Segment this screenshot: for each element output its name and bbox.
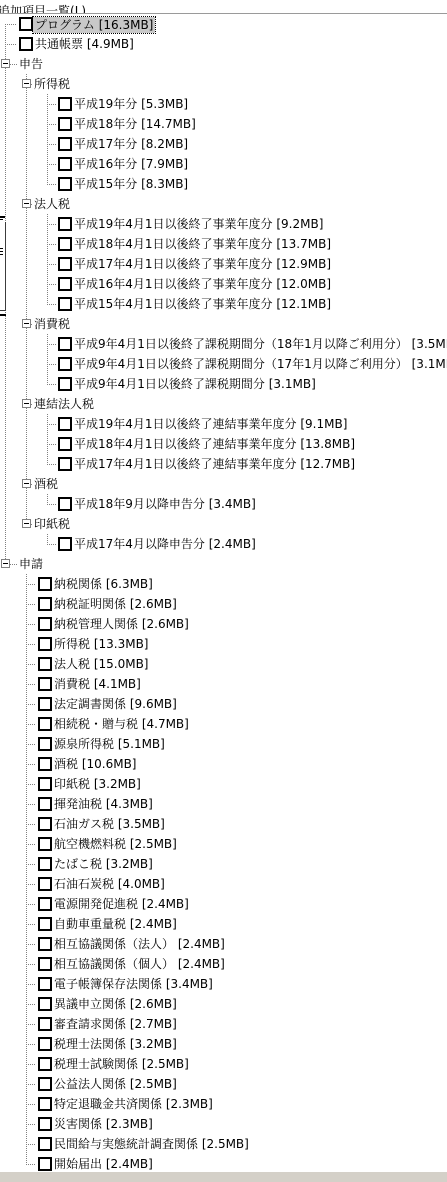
tree-guide-line: [5, 354, 6, 374]
item-checkbox[interactable]: [38, 737, 52, 751]
tree-item-label[interactable]: 源泉所得税 [5.1MB]: [54, 734, 165, 754]
item-checkbox[interactable]: [38, 757, 52, 771]
tree-guide-line: [5, 194, 6, 214]
tree-guide-line: [5, 24, 6, 34]
tree-item-label[interactable]: 印紙税: [34, 514, 70, 534]
collapse-icon[interactable]: [22, 399, 31, 408]
tree-item-label[interactable]: 審査請求関係 [2.7MB]: [54, 1014, 177, 1034]
tree-guide-line: [5, 74, 6, 94]
tree-item-label[interactable]: 所得税: [34, 74, 70, 94]
tree-item-label[interactable]: 納税関係 [6.3MB]: [54, 574, 153, 594]
tree-guide-line: [26, 764, 36, 765]
tree-item-label[interactable]: 申請: [19, 554, 43, 574]
tree-item-label[interactable]: 電源開発促進税 [2.4MB]: [54, 894, 189, 914]
tree-item-label[interactable]: 共通帳票 [4.9MB]: [35, 34, 134, 54]
minus-glyph: [24, 523, 29, 524]
tree-item-label[interactable]: 相互協議関係（個人） [2.4MB]: [54, 954, 225, 974]
tree-guide-line: [31, 324, 32, 325]
tree-item-label[interactable]: 平成18年4月1日以後終了事業年度分 [13.7MB]: [74, 234, 331, 254]
collapse-icon[interactable]: [22, 319, 31, 328]
tree-guide-line: [26, 254, 27, 274]
tree-item-label[interactable]: 平成17年4月以降申告分 [2.4MB]: [74, 534, 256, 554]
tree-guide-line: [5, 514, 6, 534]
tree-guide-line: [31, 524, 32, 525]
tree-item-label[interactable]: 納税証明関係 [2.6MB]: [54, 594, 177, 614]
item-checkbox[interactable]: [38, 677, 52, 691]
tree-guide-line: [26, 234, 27, 254]
item-checkbox[interactable]: [38, 697, 52, 711]
tree-guide-line: [26, 494, 27, 514]
tree-guide-line: [5, 114, 6, 134]
tree-item-label[interactable]: 平成18年4月1日以後終了連結事業年度分 [13.8MB]: [74, 434, 355, 454]
tree-guide-line: [5, 134, 6, 154]
tree-guide-line: [5, 494, 6, 514]
tree-item-label[interactable]: 航空機燃料税 [2.5MB]: [54, 834, 177, 854]
item-checkbox[interactable]: [58, 217, 72, 231]
item-checkbox[interactable]: [38, 597, 52, 611]
item-checkbox[interactable]: [38, 897, 52, 911]
clipped-fragment-mark: [0, 314, 6, 316]
item-checkbox[interactable]: [38, 657, 52, 671]
tree-item-label[interactable]: 平成17年分 [8.2MB]: [74, 134, 188, 154]
tree-item-label[interactable]: 税理士法関係 [3.2MB]: [54, 1034, 177, 1054]
item-checkbox[interactable]: [38, 1117, 52, 1131]
tree-guide-line: [26, 664, 36, 665]
collapse-icon[interactable]: [22, 519, 31, 528]
item-checkbox[interactable]: [58, 537, 72, 551]
tree-item-label[interactable]: 申告: [19, 54, 43, 74]
tree-guide-line: [26, 744, 36, 745]
minus-glyph: [24, 83, 29, 84]
tree-guide-line: [26, 584, 36, 585]
tree-item-label[interactable]: 法人税 [15.0MB]: [54, 654, 148, 674]
item-checkbox[interactable]: [38, 957, 52, 971]
tree-guide-line: [26, 354, 27, 374]
item-checkbox[interactable]: [58, 417, 72, 431]
tree-guide-line: [5, 334, 6, 354]
minus-glyph: [24, 203, 29, 204]
tree-guide-line: [26, 274, 27, 294]
tree-item-label[interactable]: 平成17年4月1日以後終了連結事業年度分 [12.7MB]: [74, 454, 355, 474]
minus-glyph: [3, 563, 8, 564]
tree-guide-line: [26, 844, 36, 845]
item-checkbox[interactable]: [38, 917, 52, 931]
item-checkbox[interactable]: [58, 177, 72, 191]
tree-item-label[interactable]: 災害関係 [2.3MB]: [54, 1114, 153, 1134]
tree-item-label[interactable]: 民間給与実態統計調査関係 [2.5MB]: [54, 1134, 249, 1154]
tree-guide-line: [26, 1164, 36, 1165]
tree-guide-line: [26, 174, 27, 194]
item-checkbox[interactable]: [38, 717, 52, 731]
tree-item-label[interactable]: 公益法人関係 [2.5MB]: [54, 1074, 177, 1094]
item-checkbox[interactable]: [38, 817, 52, 831]
tree-guide-line: [26, 804, 36, 805]
tree-guide-line: [26, 294, 27, 314]
item-checkbox[interactable]: [38, 617, 52, 631]
tree-guide-line: [26, 724, 36, 725]
tree-item-label[interactable]: 酒税 [10.6MB]: [54, 754, 136, 774]
tree-item-label[interactable]: 平成15年分 [8.3MB]: [74, 174, 188, 194]
tree-guide-line: [26, 334, 27, 354]
tree-item-label[interactable]: 石油ガス税 [3.5MB]: [54, 814, 165, 834]
tree-guide-line: [5, 434, 6, 454]
tree-item-label[interactable]: 平成19年4月1日以後終了連結事業年度分 [9.1MB]: [74, 414, 347, 434]
tree-guide-line: [5, 174, 6, 194]
item-checkbox[interactable]: [38, 997, 52, 1011]
tree-item-label[interactable]: 消費税: [34, 314, 70, 334]
tree-guide-line: [31, 84, 32, 85]
tree-guide-line: [47, 464, 56, 465]
tree-guide-line: [26, 414, 27, 434]
tree-guide-line: [26, 1144, 36, 1145]
tree-item-label[interactable]: 石油石炭税 [4.0MB]: [54, 874, 165, 894]
tree-item-label[interactable]: 納税管理人関係 [2.6MB]: [54, 614, 189, 634]
item-checkbox[interactable]: [58, 497, 72, 511]
tree-item-label[interactable]: 法定調書関係 [9.6MB]: [54, 694, 177, 714]
tree-guide-line: [5, 94, 6, 114]
tree-guide-line: [26, 924, 36, 925]
item-checkbox[interactable]: [38, 977, 52, 991]
tree-guide-line: [26, 904, 36, 905]
minus-glyph: [24, 323, 29, 324]
tree-item-label[interactable]: 電子帳簿保存法関係 [3.4MB]: [54, 974, 213, 994]
item-checkbox[interactable]: [38, 1037, 52, 1051]
tree-item-label[interactable]: 平成9年4月1日以後終了課税期間分（17年1月以降ご利用分） [3.1MB]: [74, 354, 447, 374]
tree-guide-line: [26, 964, 36, 965]
tree-guide-line: [47, 184, 56, 185]
item-checkbox[interactable]: [38, 797, 52, 811]
tree-guide-line: [5, 154, 6, 174]
tree-guide-line: [26, 944, 36, 945]
item-checkbox[interactable]: [38, 1057, 52, 1071]
tree-item-label[interactable]: プログラム [16.3MB]: [33, 17, 155, 33]
item-checkbox[interactable]: [38, 857, 52, 871]
item-checkbox[interactable]: [38, 1157, 52, 1171]
item-checkbox[interactable]: [58, 157, 72, 171]
tree-guide-line: [5, 474, 6, 494]
tree-guide-line: [26, 624, 36, 625]
tree-item-label[interactable]: 特定退職金共済関係 [2.3MB]: [54, 1094, 213, 1114]
tree-guide-line: [26, 604, 36, 605]
tree-guide-line: [26, 154, 27, 174]
tree-guide-line: [31, 404, 32, 405]
tree-guide-line: [26, 784, 36, 785]
tree-item-label[interactable]: 開始届出 [2.4MB]: [54, 1154, 153, 1174]
item-checkbox[interactable]: [58, 97, 72, 111]
tree-guide-line: [10, 564, 17, 565]
clipped-fragment-mark: [0, 216, 5, 218]
tree-item-label[interactable]: 所得税 [13.3MB]: [54, 634, 148, 654]
item-checkbox[interactable]: [19, 17, 33, 31]
tree-guide-line: [26, 1084, 36, 1085]
tree-guide-line: [47, 164, 56, 165]
tree-guide-line: [47, 224, 56, 225]
tree-caption: 追加項目一覧(L): [0, 0, 447, 13]
tree-guide-line: [47, 424, 56, 425]
item-checkbox[interactable]: [58, 377, 72, 391]
tree-item-label[interactable]: 平成18年9月以降申告分 [3.4MB]: [74, 494, 256, 514]
tree-item-label[interactable]: 酒税: [34, 474, 58, 494]
additional-items-treeview: 追加項目一覧(L) プログラム [16.3MB]共通帳票 [4.9MB]申告所得…: [0, 0, 447, 1182]
tree-guide-line: [47, 504, 56, 505]
tree-item-label[interactable]: 印紙税 [3.2MB]: [54, 774, 141, 794]
tree-item-label[interactable]: 平成16年分 [7.9MB]: [74, 154, 188, 174]
tree-item-label[interactable]: 相互協議関係（法人） [2.4MB]: [54, 934, 225, 954]
tree-item-label[interactable]: 平成16年4月1日以後終了事業年度分 [12.0MB]: [74, 274, 331, 294]
tree-top-border: [0, 13, 447, 14]
tree-guide-line: [47, 284, 56, 285]
item-checkbox[interactable]: [58, 277, 72, 291]
collapse-icon[interactable]: [1, 559, 10, 568]
item-checkbox[interactable]: [38, 1017, 52, 1031]
tree-guide-line: [26, 884, 36, 885]
tree-guide-line: [5, 454, 6, 474]
clipped-fragment-mark: [0, 219, 3, 220]
item-checkbox[interactable]: [38, 937, 52, 951]
item-checkbox[interactable]: [38, 1077, 52, 1091]
collapse-icon[interactable]: [22, 79, 31, 88]
collapse-icon[interactable]: [22, 479, 31, 488]
item-checkbox[interactable]: [58, 297, 72, 311]
tree-guide-line: [47, 444, 56, 445]
tree-item-label[interactable]: 連結法人税: [34, 394, 94, 414]
tree-guide-line: [31, 484, 32, 485]
tree-guide-line: [26, 984, 36, 985]
item-checkbox[interactable]: [58, 337, 72, 351]
tree-guide-line: [47, 384, 56, 385]
tree-item-label[interactable]: 平成19年分 [5.3MB]: [74, 94, 188, 114]
tree-guide-line: [47, 304, 56, 305]
item-checkbox[interactable]: [38, 1097, 52, 1111]
item-checkbox[interactable]: [58, 137, 72, 151]
tree-item-label[interactable]: 平成19年4月1日以後終了事業年度分 [9.2MB]: [74, 214, 323, 234]
tree-item-label[interactable]: 法人税: [34, 194, 70, 214]
tree-guide-line: [26, 1024, 36, 1025]
tree-item-label[interactable]: 平成9年4月1日以後終了課税期間分（18年1月以降ご利用分） [3.5MB]: [74, 334, 447, 354]
tree-guide-line: [26, 454, 27, 474]
tree-guide-line: [31, 204, 32, 205]
tree-guide-line: [26, 374, 27, 394]
tree-guide-line: [26, 94, 27, 114]
tree-guide-line: [5, 44, 17, 45]
item-checkbox[interactable]: [38, 837, 52, 851]
tree-guide-line: [26, 644, 36, 645]
tree-item-label[interactable]: 異議申立関係 [2.6MB]: [54, 994, 177, 1014]
tree-guide-line: [47, 124, 56, 125]
tree-item-label[interactable]: 自動車重量税 [2.4MB]: [54, 914, 177, 934]
tree-guide-line: [5, 534, 6, 554]
tree-guide-line: [26, 1004, 36, 1005]
tree-guide-line: [5, 24, 17, 25]
item-checkbox[interactable]: [58, 117, 72, 131]
collapse-icon[interactable]: [22, 199, 31, 208]
tree-guide-line: [47, 104, 56, 105]
tree-guide-line: [5, 414, 6, 434]
tree-guide-line: [47, 364, 56, 365]
tree-guide-line: [26, 214, 27, 234]
tree-item-label[interactable]: 平成18年分 [14.7MB]: [74, 114, 196, 134]
tree-guide-line: [26, 1124, 36, 1125]
tree-caption-label: 追加項目一覧(L): [0, 2, 86, 13]
tree-guide-line: [26, 1104, 36, 1105]
tree-item-label[interactable]: 税理士試験関係 [2.5MB]: [54, 1054, 189, 1074]
tree-guide-line: [26, 134, 27, 154]
item-checkbox[interactable]: [58, 457, 72, 471]
item-checkbox[interactable]: [38, 637, 52, 651]
collapse-icon[interactable]: [1, 59, 10, 68]
minus-glyph: [3, 63, 8, 64]
tree-item-label[interactable]: 平成15年4月1日以後終了事業年度分 [12.1MB]: [74, 294, 331, 314]
tree-guide-line: [26, 1064, 36, 1065]
item-checkbox[interactable]: [38, 1137, 52, 1151]
tree-item-label[interactable]: たばこ税 [3.2MB]: [54, 854, 153, 874]
tree-guide-line: [47, 544, 56, 545]
tree-guide-line: [5, 394, 6, 414]
tree-guide-line: [26, 434, 27, 454]
tree-guide-line: [47, 264, 56, 265]
minus-glyph: [24, 403, 29, 404]
tree-guide-line: [5, 314, 6, 334]
item-checkbox[interactable]: [38, 877, 52, 891]
item-checkbox[interactable]: [38, 577, 52, 591]
tree-guide-line: [10, 64, 17, 65]
tree-guide-line: [5, 374, 6, 394]
item-checkbox[interactable]: [58, 257, 72, 271]
clipped-window-fragment: [0, 222, 6, 311]
item-checkbox[interactable]: [58, 237, 72, 251]
tree-guide-line: [47, 144, 56, 145]
clipped-fragment-glyph: [0, 248, 3, 257]
minus-glyph: [24, 483, 29, 484]
tree-guide-line: [47, 344, 56, 345]
tree-item-label[interactable]: 揮発油税 [4.3MB]: [54, 794, 153, 814]
tree-guide-line: [26, 824, 36, 825]
tree-guide-line: [26, 684, 36, 685]
tree-item-label[interactable]: 相続税・贈与税 [4.7MB]: [54, 714, 189, 734]
tree-guide-line: [26, 114, 27, 134]
tree-guide-line: [26, 1044, 36, 1045]
tree-guide-line: [47, 244, 56, 245]
tree-guide-line: [26, 704, 36, 705]
item-checkbox[interactable]: [19, 37, 33, 51]
tree-item-label[interactable]: 消費税 [4.1MB]: [54, 674, 141, 694]
item-checkbox[interactable]: [58, 437, 72, 451]
item-checkbox[interactable]: [38, 777, 52, 791]
tree-item-label[interactable]: 平成9年4月1日以後終了課税期間分 [3.1MB]: [74, 374, 316, 394]
tree-item-label[interactable]: 平成17年4月1日以後終了事業年度分 [12.9MB]: [74, 254, 331, 274]
item-checkbox[interactable]: [58, 357, 72, 371]
tree-guide-line: [26, 864, 36, 865]
